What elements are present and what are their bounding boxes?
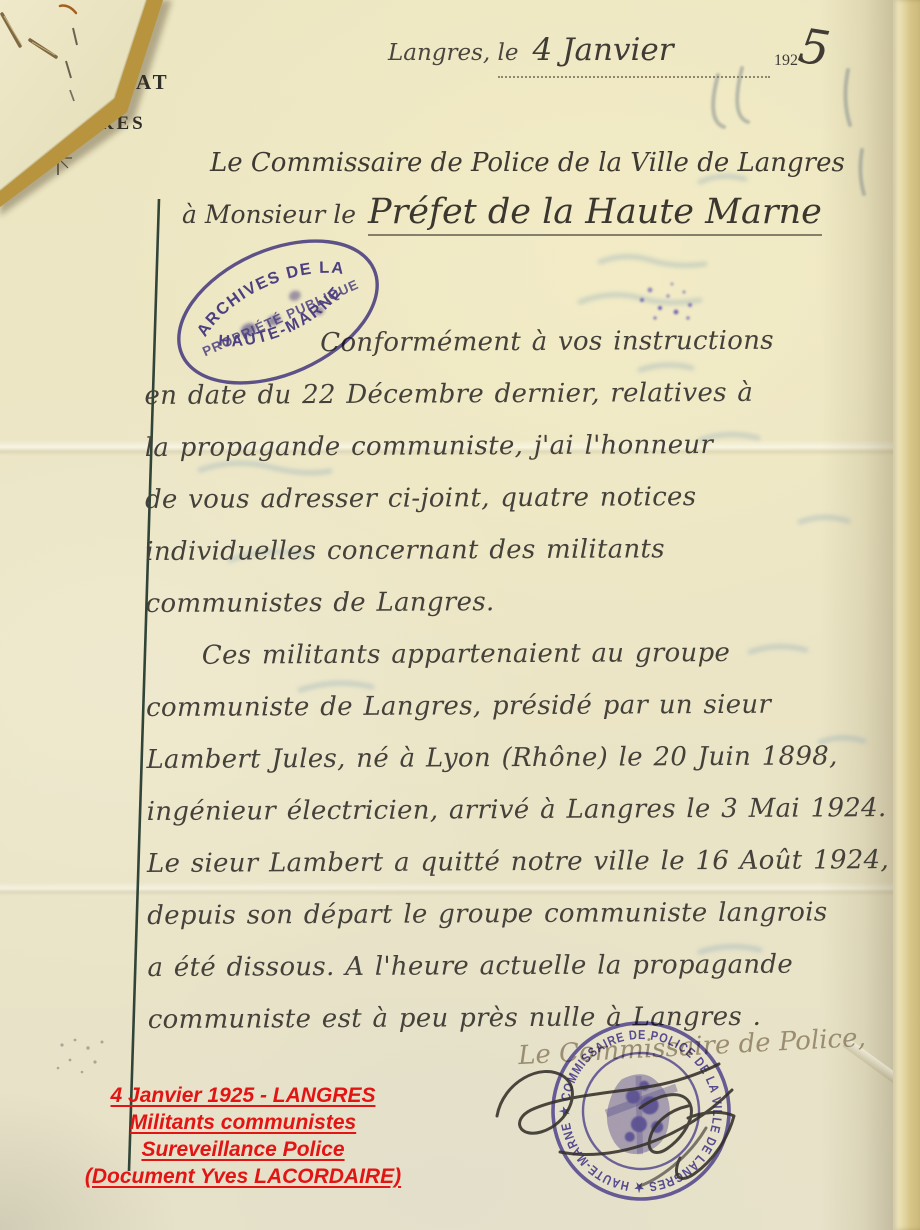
- handwritten-line: Ces militants appartenaient au groupe: [146, 626, 906, 682]
- handwritten-line: de vous adresser ci-joint, quatre notice…: [145, 470, 905, 526]
- letterhead-fragment: AT: [136, 70, 170, 95]
- recipient-title: Préfet de la Haute Marne: [368, 192, 822, 236]
- dateline-date-handwritten: 4 Janvier: [533, 32, 674, 68]
- dateline-place: Langres, le: [388, 40, 519, 66]
- scanned-letter-page: AT CE GRES Langres, le 4 Janvier 192 5 L…: [0, 0, 920, 1230]
- handwritten-line: depuis son départ le groupe communiste l…: [147, 886, 907, 942]
- dateline: Langres, le 4 Janvier: [388, 32, 674, 68]
- handwritten-line: communistes de Langres.: [145, 574, 905, 630]
- police-round-stamp: ★ COMMISSAIRE DE POLICE DE LA VILLE DE L…: [540, 1010, 743, 1213]
- dotted-date-rule: [498, 76, 770, 78]
- handwritten-line: individuelles concernant des militants: [145, 522, 905, 578]
- handwritten-line: Le sieur Lambert a quitté notre ville le…: [147, 834, 907, 890]
- handwritten-line: la propagande communiste, j'ai l'honneur: [145, 418, 905, 474]
- letter-body: Conformément à vos instructions en date …: [144, 314, 908, 1046]
- recipient-line: à Monsieur le Préfet de la Haute Marne: [182, 192, 822, 236]
- police-stamp-crest: [604, 1072, 681, 1157]
- annotation-line: Militants communistes: [82, 1109, 404, 1136]
- annotation-line: (Document Yves LACORDAIRE): [82, 1163, 404, 1190]
- handwritten-line: Lambert Jules, né à Lyon (Rhône) le 20 J…: [146, 730, 906, 786]
- annotation-line: Sureveillance Police: [82, 1136, 404, 1163]
- underlying-page-edge: [893, 0, 920, 1230]
- handwritten-line: a été dissous. A l'heure actuelle la pro…: [147, 938, 907, 994]
- letterhead-fragment: GRES: [82, 113, 146, 135]
- red-annotation: 4 Janvier 1925 - LANGRES Militants commu…: [82, 1082, 404, 1190]
- letterhead-star-icon: [40, 140, 76, 176]
- handwritten-line: ingénieur électricien, arrivé à Langres …: [147, 782, 907, 838]
- letterhead-fragment: CE: [92, 96, 118, 114]
- dateline-year-printed: 192: [774, 52, 798, 70]
- handwritten-line: communiste de Langres, présidé par un si…: [146, 678, 906, 734]
- sender-line: Le Commissaire de Police de la Ville de …: [210, 148, 845, 178]
- annotation-line: 4 Janvier 1925 - LANGRES: [82, 1082, 404, 1109]
